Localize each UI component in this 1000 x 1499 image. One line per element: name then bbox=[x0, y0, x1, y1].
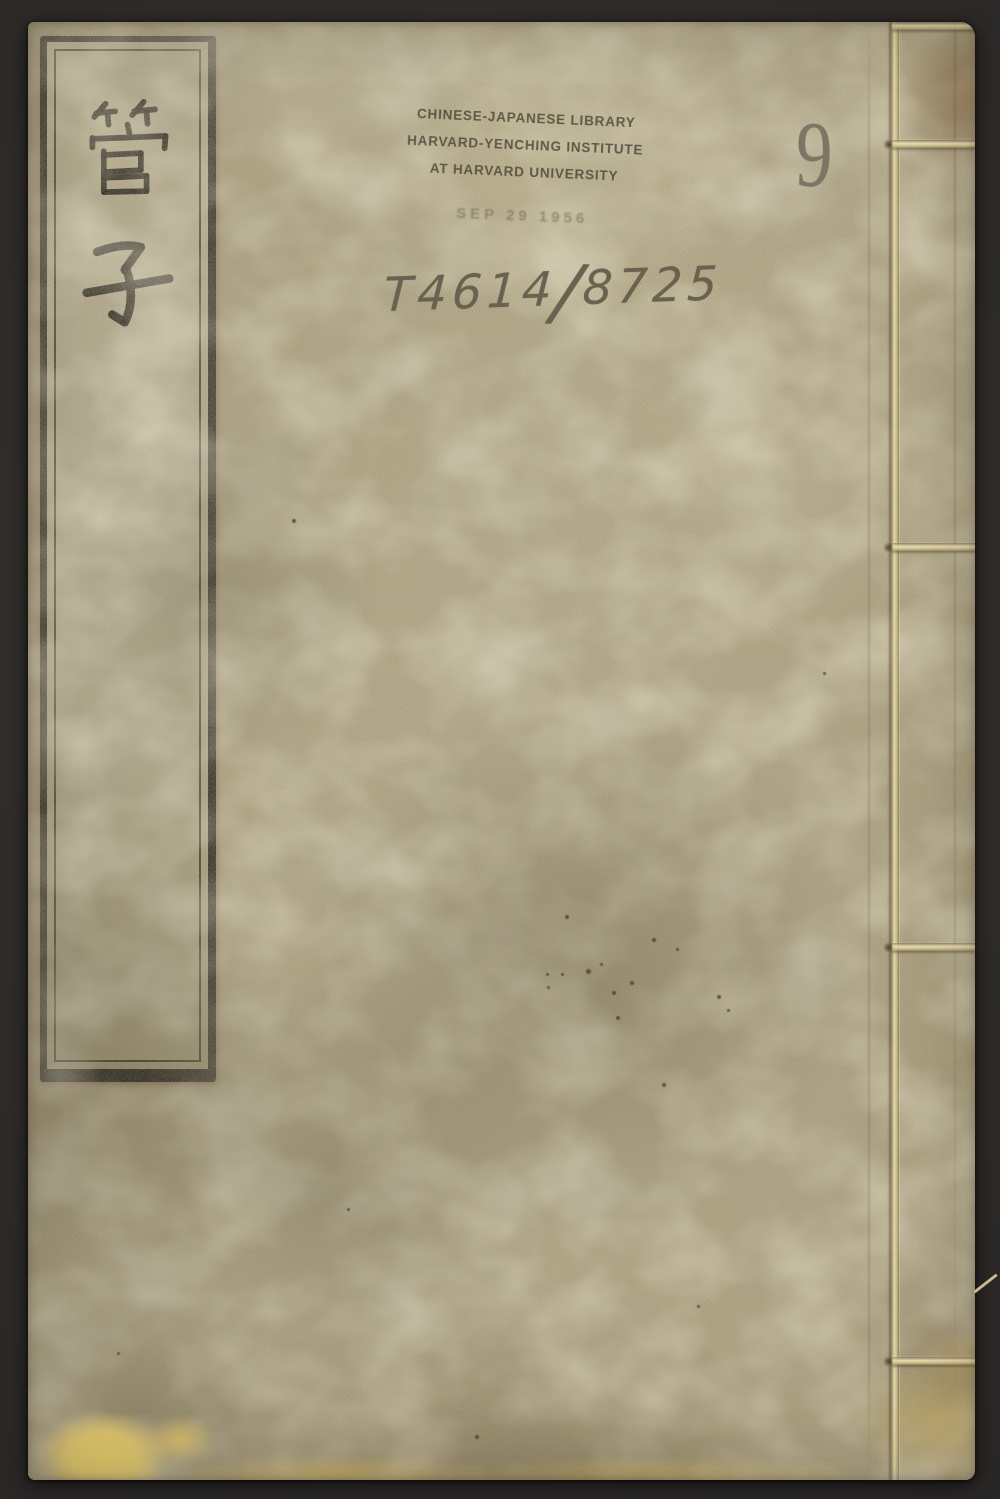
binding-hole-2 bbox=[883, 541, 894, 554]
binding-hole-1 bbox=[883, 138, 894, 151]
binding-stitch-2 bbox=[892, 543, 975, 551]
photograph: 管子 bbox=[0, 0, 1000, 1499]
binding-stitch-1 bbox=[892, 140, 975, 148]
fabric-texture bbox=[28, 22, 975, 1480]
volume-number-handwriting: 9 bbox=[795, 107, 834, 203]
binding-hole-3 bbox=[883, 941, 894, 954]
call-number-suffix: 8725 bbox=[581, 256, 723, 316]
binding-thread-vertical bbox=[891, 22, 899, 1480]
binding-stitch-4 bbox=[892, 1357, 975, 1365]
binding-hole-4 bbox=[883, 1355, 894, 1368]
binding-stitch-top-corner bbox=[892, 22, 975, 30]
loose-thread-end bbox=[973, 1273, 998, 1293]
edge-crease bbox=[954, 22, 956, 1480]
cover-crease bbox=[868, 22, 870, 1480]
call-number-prefix: T4614 bbox=[382, 262, 558, 323]
binding-stitch-3 bbox=[892, 943, 975, 951]
book-cover: 管子 bbox=[28, 22, 975, 1480]
call-number-slash: / bbox=[555, 292, 585, 294]
library-stamp: CHINESE-JAPANESE LIBRARY HARVARD-YENCHIN… bbox=[387, 99, 662, 235]
